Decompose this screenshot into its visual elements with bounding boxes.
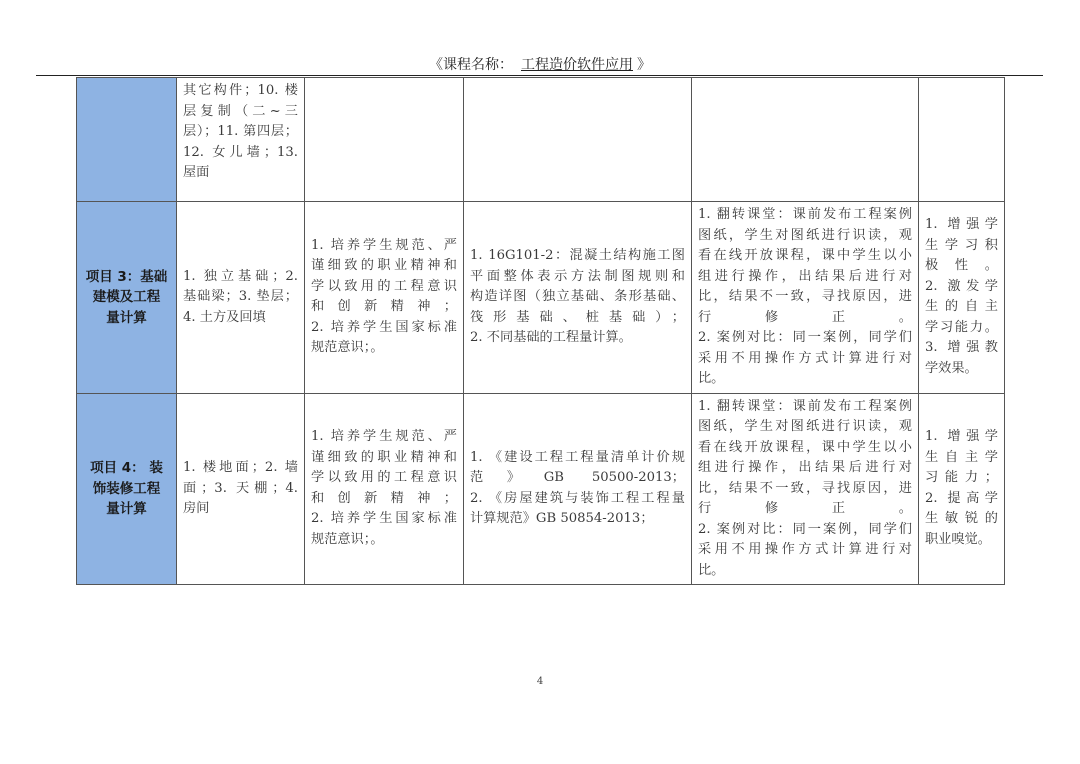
cell-text-line: 行修正。 <box>698 499 912 520</box>
cell-text-line: 组进行操作，出结果后进行对 <box>698 267 912 288</box>
content-cell: 1. 独立基础；2.基础梁；3. 垫层；4. 土方及回填 <box>177 202 305 394</box>
page-header: 《课程名称：工程造价软件应用》 <box>0 54 1080 74</box>
table-row: 项目 3：基础建模及工程量计算 1. 独立基础；2.基础梁；3. 垫层；4. 土… <box>77 202 1005 394</box>
cell-text-line: 行修正。 <box>698 308 912 329</box>
cell-text-line: 和创新精神； <box>311 489 457 510</box>
cell-text-line: 计算规范》GB 50854-2013； <box>470 509 685 530</box>
effects-cell: 1. 增强学生学习积极性。2. 激发学生的自主学习能力。3. 增强教学效果。 <box>919 202 1005 394</box>
cell-text-line: 2. 培养学生国家标准 <box>311 318 457 339</box>
cell-text-line: 比。 <box>698 561 912 582</box>
cell-text-line: 筏形基础、桩基础）； <box>470 308 685 329</box>
cell-text-line: 1. 培养学生规范、严 <box>311 427 457 448</box>
cell-text-line: 1. 翻转课堂：课前发布工程案例 <box>698 397 912 418</box>
cell-text-line: 量计算 <box>85 499 168 520</box>
cell-text-line: 规范意识；。 <box>311 338 457 359</box>
standards-cell: 1. 16G101-2：混凝土结构施工图平面整体表示方法制图规则和构造详图（独立… <box>464 202 692 394</box>
project-cell: 项目 3：基础建模及工程量计算 <box>77 202 177 394</box>
cell-text-line: 构造详图（独立基础、条形基础、 <box>470 287 685 308</box>
project-cell <box>77 78 177 202</box>
table-row: 其它构件；10. 楼层复制（二~三层）；11. 第四层；12. 女儿墙；13.屋… <box>77 78 1005 202</box>
cell-text-line: 2. 案例对比：同一案例，同学们 <box>698 328 912 349</box>
cell-text-line: 层复制（二~三 <box>183 102 298 123</box>
cell-text-line: 范》GB 50500-2013； <box>470 468 685 489</box>
cell-text-line: 项目 4： 装 <box>85 458 168 479</box>
standards-cell <box>464 78 692 202</box>
cell-text-line: 房间 <box>183 499 298 520</box>
cell-text-line: 看在线开放课程，课中学生以小 <box>698 246 912 267</box>
cell-text-line: 2. 不同基础的工程量计算。 <box>470 328 685 349</box>
cell-text-line: 1. 培养学生规范、严 <box>311 236 457 257</box>
cell-text-line: 生学习积 <box>925 236 998 257</box>
cell-text-line: 图纸，学生对图纸进行识读，观 <box>698 226 912 247</box>
cell-text-line: 比。 <box>698 369 912 390</box>
cell-text-line: 1. 增强学 <box>925 427 998 448</box>
page-number: 4 <box>0 676 1080 687</box>
cell-text-line: 职业嗅觉。 <box>925 530 998 551</box>
cell-text-line: 2. 激发学 <box>925 277 998 298</box>
cell-text-line: 比，结果不一致，寻找原因，进 <box>698 479 912 500</box>
cell-text-line: 平面整体表示方法制图规则和 <box>470 267 685 288</box>
cell-text-line: 2. 《房屋建筑与装饰工程工程量 <box>470 489 685 510</box>
cell-text-line: 项目 3：基础 <box>85 267 168 288</box>
cell-text-line: 谨细致的职业精神和 <box>311 256 457 277</box>
cell-text-line: 组进行操作，出结果后进行对 <box>698 458 912 479</box>
cell-text-line: 1. 增强学 <box>925 215 998 236</box>
table-row: 项目 4： 装饰装修工程量计算 1. 楼地面；2. 墙面；3. 天棚；4.房间 … <box>77 393 1005 585</box>
cell-text-line: 学以致用的工程意识 <box>311 468 457 489</box>
standards-cell: 1. 《建设工程工程量清单计价规范》GB 50500-2013；2. 《房屋建筑… <box>464 393 692 585</box>
methods-cell: 1. 翻转课堂：课前发布工程案例图纸，学生对图纸进行识读，观看在线开放课程，课中… <box>692 202 919 394</box>
cell-text-line: 屋面 <box>183 163 298 184</box>
cell-text-line: 学以致用的工程意识 <box>311 277 457 298</box>
effects-cell: 1. 增强学生自主学习能力；2. 提高学生敏锐的职业嗅觉。 <box>919 393 1005 585</box>
cell-text-line: 图纸，学生对图纸进行识读，观 <box>698 417 912 438</box>
cell-text-line: 和创新精神； <box>311 297 457 318</box>
header-prefix: 《课程名称： <box>429 57 513 73</box>
methods-cell <box>692 78 919 202</box>
cell-text-line: 量计算 <box>85 308 168 329</box>
cell-text-line: 谨细致的职业精神和 <box>311 448 457 469</box>
methods-cell: 1. 翻转课堂：课前发布工程案例图纸，学生对图纸进行识读，观看在线开放课程，课中… <box>692 393 919 585</box>
cell-text-line: 1. 翻转课堂：课前发布工程案例 <box>698 205 912 226</box>
cell-text-line: 饰装修工程 <box>85 479 168 500</box>
cell-text-line: 建模及工程 <box>85 287 168 308</box>
cell-text-line: 基础梁；3. 垫层； <box>183 287 298 308</box>
cell-text-line: 1. 楼地面；2. 墙 <box>183 458 298 479</box>
ideology-cell <box>305 78 464 202</box>
ideology-cell: 1. 培养学生规范、严谨细致的职业精神和学以致用的工程意识和创新精神；2. 培养… <box>305 202 464 394</box>
cell-text-line: 2. 案例对比：同一案例，同学们 <box>698 520 912 541</box>
cell-text-line: 其它构件；10. 楼 <box>183 81 298 102</box>
header-suffix: 》 <box>637 57 651 73</box>
course-design-table: 其它构件；10. 楼层复制（二~三层）；11. 第四层；12. 女儿墙；13.屋… <box>76 77 1005 585</box>
cell-text-line: 看在线开放课程，课中学生以小 <box>698 438 912 459</box>
cell-text-line: 学效果。 <box>925 359 998 380</box>
cell-text-line: 比，结果不一致，寻找原因，进 <box>698 287 912 308</box>
cell-text-line: 2. 培养学生国家标准 <box>311 509 457 530</box>
cell-text-line: 生敏锐的 <box>925 509 998 530</box>
cell-text-line: 层）；11. 第四层； <box>183 122 298 143</box>
cell-text-line: 学习能力。 <box>925 318 998 339</box>
cell-text-line: 采用不用操作方式计算进行对 <box>698 540 912 561</box>
course-name: 工程造价软件应用 <box>513 57 637 73</box>
cell-text-line: 采用不用操作方式计算进行对 <box>698 349 912 370</box>
ideology-cell: 1. 培养学生规范、严谨细致的职业精神和学以致用的工程意识和创新精神；2. 培养… <box>305 393 464 585</box>
cell-text-line: 习能力； <box>925 468 998 489</box>
cell-text-line: 生自主学 <box>925 448 998 469</box>
cell-text-line: 面；3. 天棚；4. <box>183 479 298 500</box>
cell-text-line: 规范意识；。 <box>311 530 457 551</box>
cell-text-line: 4. 土方及回填 <box>183 308 298 329</box>
project-cell: 项目 4： 装饰装修工程量计算 <box>77 393 177 585</box>
cell-text-line: 1. 16G101-2：混凝土结构施工图 <box>470 246 685 267</box>
content-cell: 其它构件；10. 楼层复制（二~三层）；11. 第四层；12. 女儿墙；13.屋… <box>177 78 305 202</box>
effects-cell <box>919 78 1005 202</box>
cell-text-line: 极性。 <box>925 256 998 277</box>
cell-text-line: 2. 提高学 <box>925 489 998 510</box>
content-cell: 1. 楼地面；2. 墙面；3. 天棚；4.房间 <box>177 393 305 585</box>
cell-text-line: 12. 女儿墙；13. <box>183 143 298 164</box>
cell-text-line: 1. 《建设工程工程量清单计价规 <box>470 448 685 469</box>
cell-text-line: 1. 独立基础；2. <box>183 267 298 288</box>
cell-text-line: 生的自主 <box>925 297 998 318</box>
header-rule <box>36 75 1043 76</box>
cell-text-line: 3. 增强教 <box>925 338 998 359</box>
